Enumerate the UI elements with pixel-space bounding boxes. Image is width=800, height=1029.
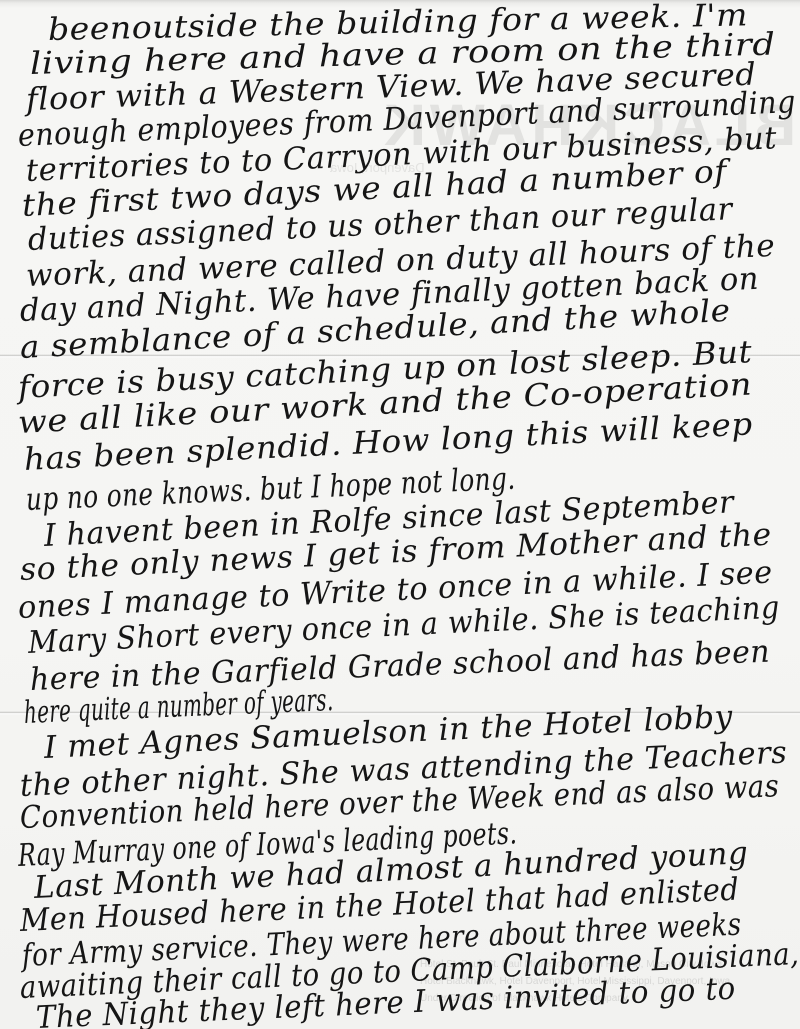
letter-page: HOTEL BLACKHAWK Davenport, Iowa Hotel St… xyxy=(0,0,800,1029)
